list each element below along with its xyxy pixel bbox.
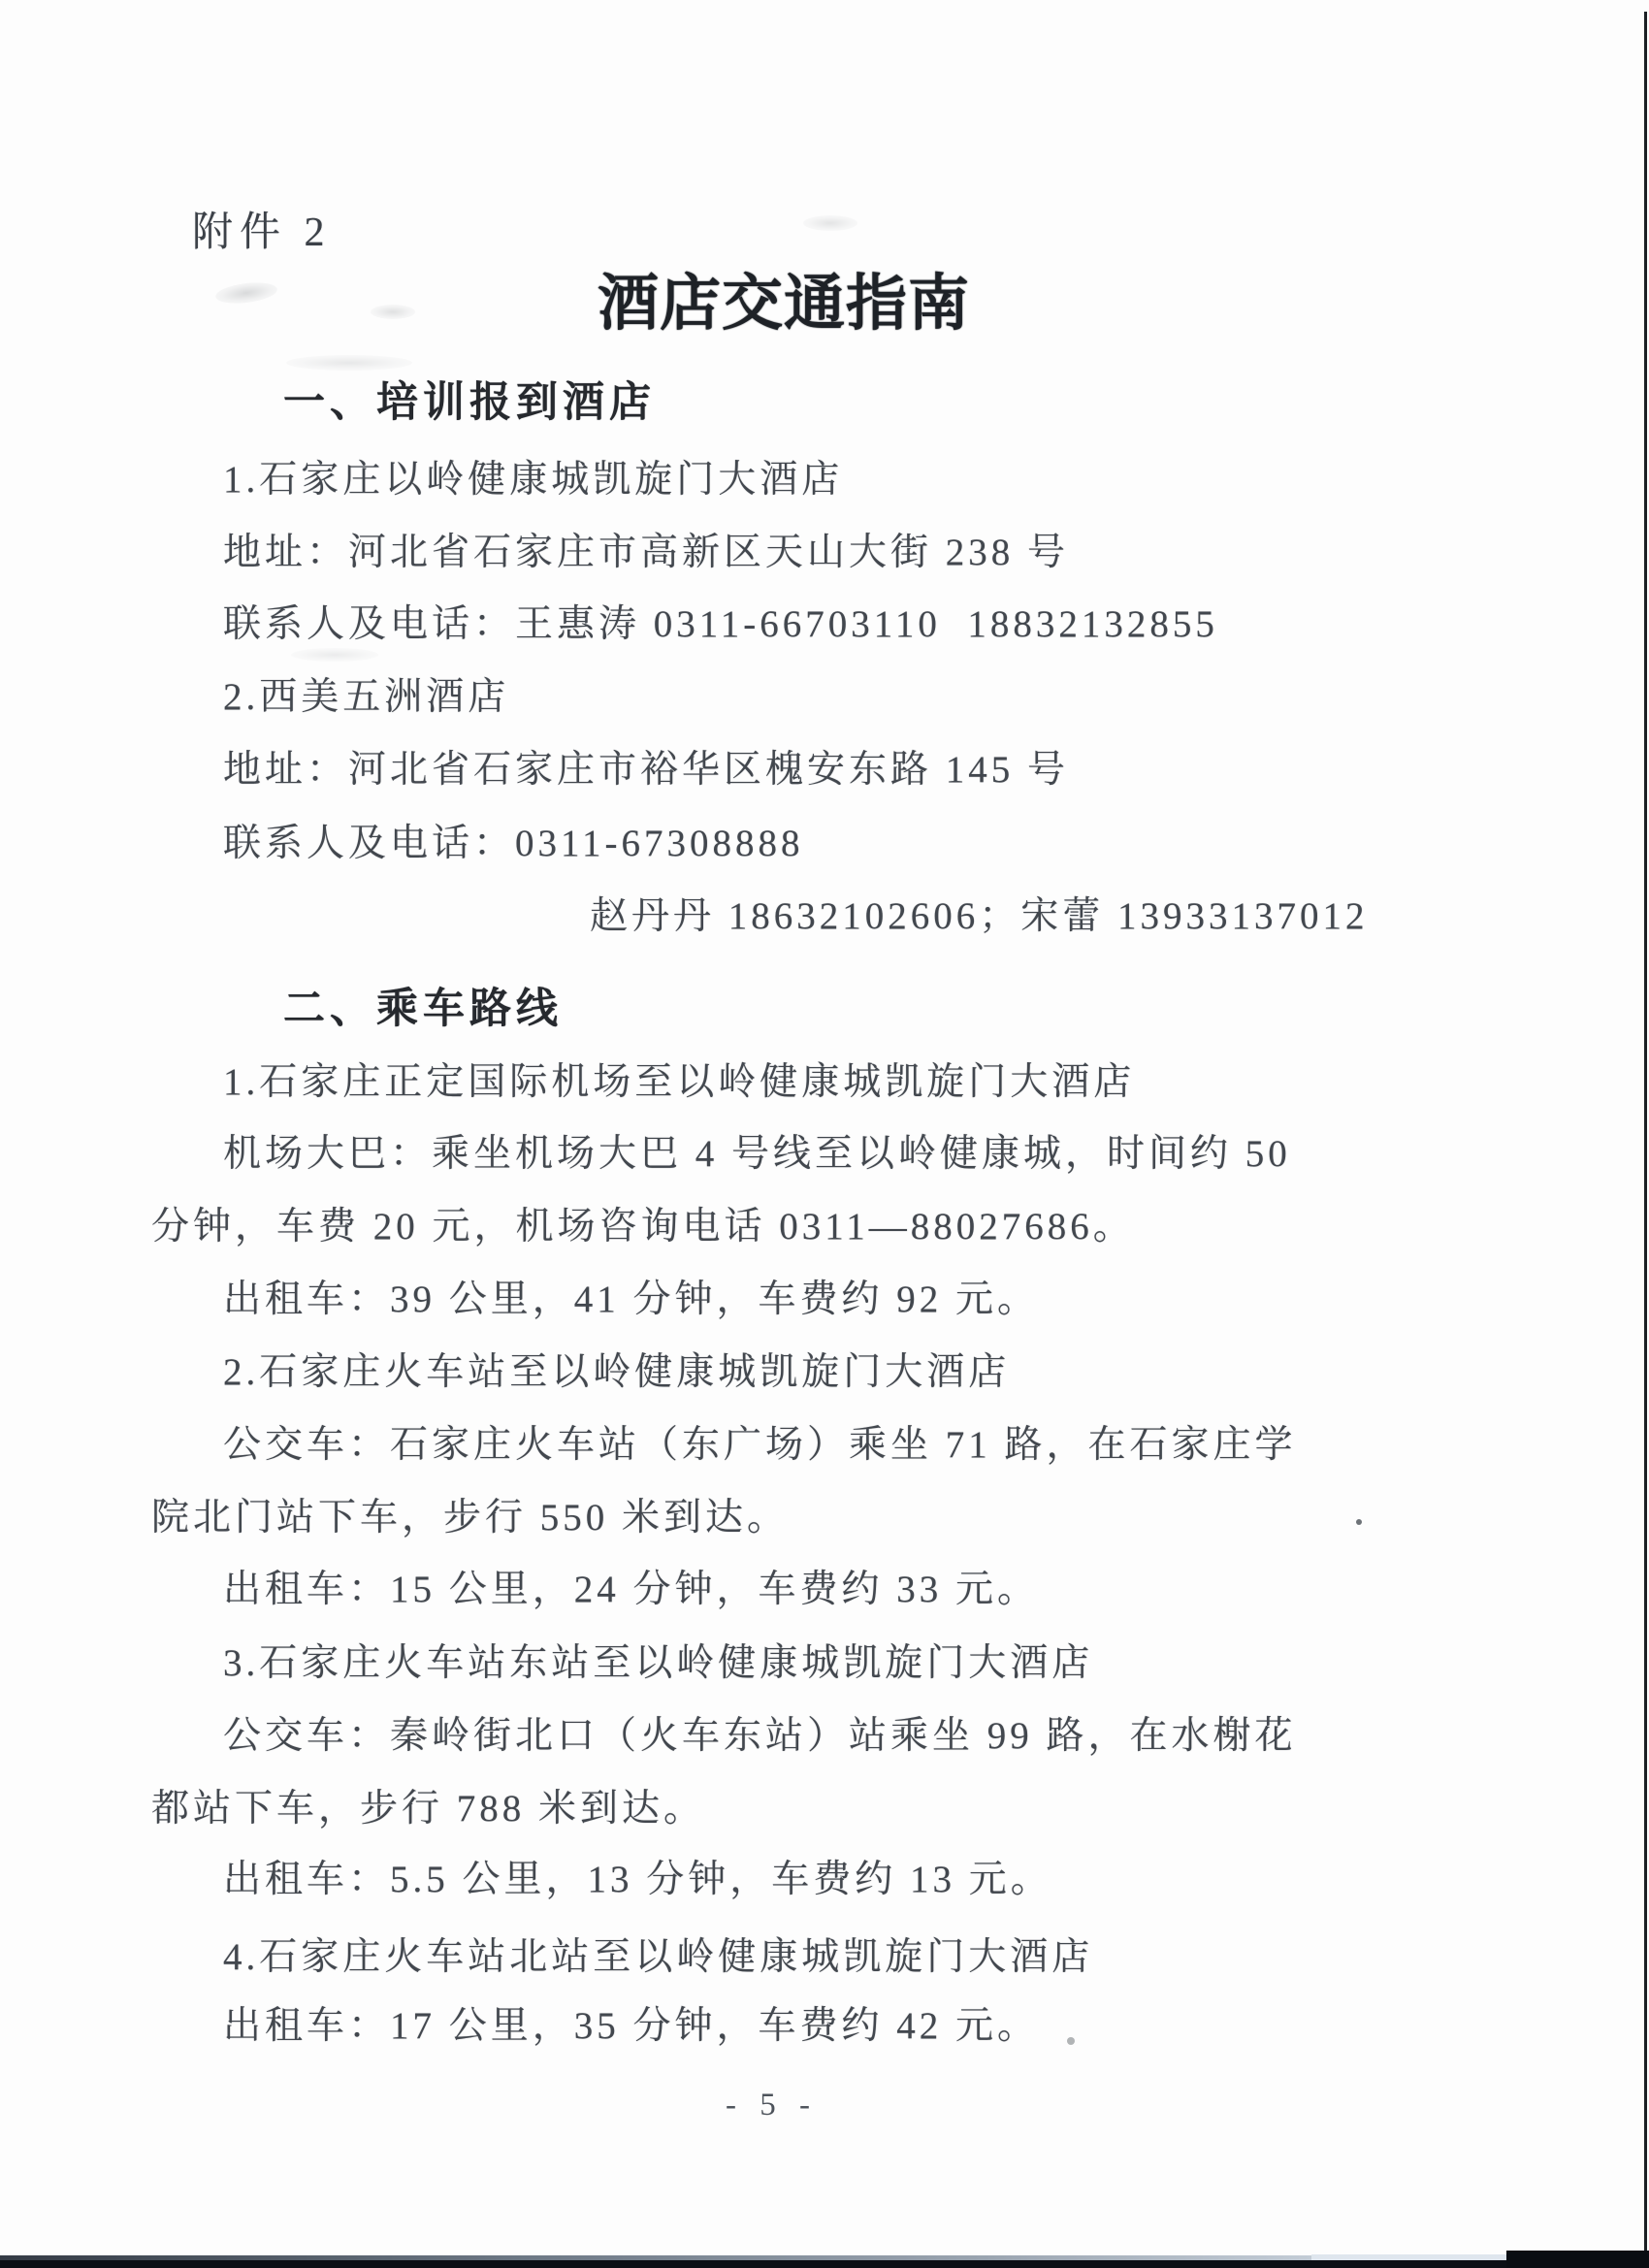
scan-dot bbox=[1356, 1519, 1362, 1525]
hotel2-address-line: 地址：河北省石家庄市裕华区槐安东路 145 号 bbox=[223, 739, 1069, 794]
route1-airport-bus-line-1: 机场大巴：乘坐机场大巴 4 号线至以岭健康城，时间约 50 bbox=[223, 1123, 1291, 1178]
scan-smudge bbox=[214, 279, 278, 307]
scan-smudge bbox=[803, 215, 857, 231]
scan-edge-line bbox=[1644, 12, 1647, 2268]
section-2-heading: 二、乘车路线 bbox=[283, 976, 563, 1035]
hotel2-contact-line-2: 赵丹丹 18632102606；宋蕾 13933137012 bbox=[590, 886, 1369, 940]
hotel2-contact-line: 联系人及电话：0311-67308888 bbox=[223, 813, 804, 867]
page-number: - 5 - bbox=[726, 2088, 818, 2123]
page-title: 酒店交通指南 bbox=[598, 254, 970, 342]
route1-title-line: 1.石家庄正定国际机场至以岭健康城凯旋门大酒店 bbox=[223, 1052, 1135, 1106]
hotel1-contact-line: 联系人及电话：王惠涛 0311-66703110 18832132855 bbox=[223, 594, 1218, 648]
scan-smudge bbox=[286, 355, 412, 371]
route3-taxi-line: 出租车：5.5 公里，13 分钟，车费约 13 元。 bbox=[223, 1849, 1052, 1903]
scan-smudge bbox=[371, 305, 415, 319]
scan-dot bbox=[1067, 2037, 1075, 2045]
route1-taxi-line: 出租车：39 公里，41 分钟，车费约 92 元。 bbox=[223, 1269, 1039, 1323]
scan-bottom-band bbox=[0, 2260, 1649, 2268]
hotel1-address-line: 地址：河北省石家庄市高新区天山大街 238 号 bbox=[223, 522, 1069, 576]
scan-smudge bbox=[291, 648, 378, 662]
scan-bottom-corner bbox=[1506, 2251, 1649, 2268]
hotel1-name-line: 1.石家庄以岭健康城凯旋门大酒店 bbox=[223, 449, 843, 503]
section-1-heading: 一、培训报到酒店 bbox=[283, 370, 656, 429]
attachment-label: 附件 2 bbox=[192, 200, 332, 258]
route3-bus-line-1: 公交车：秦岭街北口（火车东站）站乘坐 99 路，在水榭花 bbox=[223, 1705, 1297, 1760]
route4-title-line: 4.石家庄火车站北站至以岭健康城凯旋门大酒店 bbox=[223, 1927, 1093, 1981]
route2-taxi-line: 出租车：15 公里，24 分钟，车费约 33 元。 bbox=[223, 1559, 1039, 1613]
route2-bus-line-2: 院北门站下车，步行 550 米到达。 bbox=[151, 1487, 789, 1541]
document-page: 附件 2 酒店交通指南 一、培训报到酒店 1.石家庄以岭健康城凯旋门大酒店 地址… bbox=[0, 0, 1649, 2268]
route3-title-line: 3.石家庄火车站东站至以岭健康城凯旋门大酒店 bbox=[223, 1633, 1093, 1687]
route2-bus-line-1: 公交车：石家庄火车站（东广场）乘坐 71 路，在石家庄学 bbox=[223, 1414, 1297, 1469]
route3-bus-line-2: 都站下车，步行 788 米到达。 bbox=[151, 1778, 705, 1832]
hotel2-name-line: 2.西美五洲酒店 bbox=[223, 666, 509, 721]
route2-title-line: 2.石家庄火车站至以岭健康城凯旋门大酒店 bbox=[223, 1342, 1010, 1396]
route1-airport-bus-line-2: 分钟，车费 20 元，机场咨询电话 0311—88027686。 bbox=[151, 1196, 1135, 1250]
route4-taxi-line: 出租车：17 公里，35 分钟，车费约 42 元。 bbox=[223, 1995, 1039, 2050]
